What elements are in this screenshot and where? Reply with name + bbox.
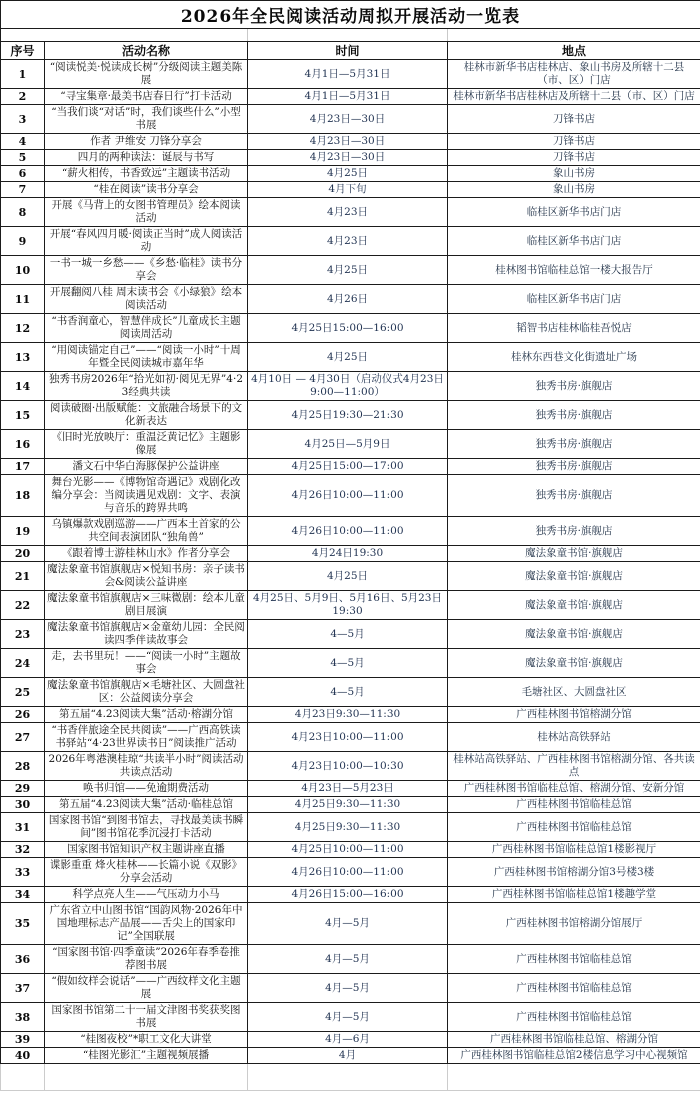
table-row: 33谍影重重 烽火桂林——长篇小说《双影》分享会活动4月26日10:00—11:… [1,858,700,887]
row-number-cell: 26 [1,707,45,723]
table-row: 32国家图书馆知识产权主题讲座直播4月25日10:00—11:00广西桂林图书馆… [1,842,700,858]
table-row: 34科学点亮人生——气压动力小马4月26日15:00—16:00广西桂林图书馆临… [1,887,700,903]
activity-name-cell: 乌镇爆款戏剧巡游——广西本土首家的公共空间表演团队“独角兽” [45,517,248,546]
location-cell: 独秀书房·旗舰店 [448,459,700,475]
location-cell: 广西桂林图书馆榕湖分馆 [448,707,700,723]
activity-name-cell: 独秀书房2026年“拾光如初·阅见无界”4·23经典共读 [45,372,248,401]
time-cell: 4月25日10:00—11:00 [248,842,448,858]
row-number-cell: 13 [1,343,45,372]
activity-name-cell: “桂图光影汇”主题视频展播 [45,1048,248,1064]
table-row: 13“用阅读锚定自己”——“阅读一小时”十周年暨全民阅读城市嘉年华4月25日桂林… [1,343,700,372]
table-row: 19乌镇爆款戏剧巡游——广西本土首家的公共空间表演团队“独角兽”4月26日10:… [1,517,700,546]
row-number-cell: 9 [1,227,45,256]
location-cell: 桂林市新华书店桂林店及所辖十二县（市、区）门店 [448,89,700,105]
table-row: 24走，去书里玩！——“阅读一小时”主题故事会4—5月魔法象童书馆·旗舰店 [1,649,700,678]
row-number-cell: 36 [1,945,45,974]
row-number-cell: 30 [1,797,45,813]
table-row: 22魔法象童书馆旗舰店×三味微剧：绘本儿童剧目展演4月25日、5月9日、5月16… [1,591,700,620]
time-cell: 4月23日—30日 [248,150,448,166]
time-cell: 4月1日—5月31日 [248,60,448,89]
row-number-cell: 24 [1,649,45,678]
activity-name-cell: 走，去书里玩！——“阅读一小时”主题故事会 [45,649,248,678]
location-cell: 独秀书房·旗舰店 [448,475,700,517]
activity-name-cell: 2026年粤港澳桂琼“共读半小时”阅读活动共读点活动 [45,752,248,781]
location-cell: 魔法象童书馆·旗舰店 [448,620,700,649]
time-cell: 4月26日 [248,285,448,314]
activity-name-cell: “书香润童心，智慧伴成长”儿童成长主题阅读周活动 [45,314,248,343]
row-number-cell: 4 [1,134,45,150]
time-cell: 4月—5月 [248,974,448,1003]
table-row: 38国家图书馆第二十一届文津图书奖获奖图书展4月—5月广西桂林图书馆临桂总馆 [1,1003,700,1032]
row-number-cell: 12 [1,314,45,343]
header-time: 时间 [248,42,448,60]
activity-name-cell: 国家图书馆第二十一届文津图书奖获奖图书展 [45,1003,248,1032]
location-cell: 魔法象童书馆·旗舰店 [448,562,700,591]
empty-cell [45,1064,248,1091]
table-row: 23魔法象童书馆旗舰店×金童幼儿园：全民阅读四季伴读故事会4—5月魔法象童书馆·… [1,620,700,649]
table-row: 27“书香伴旅途全民共阅读”——广西高铁读书驿站“4·23世界读书日”阅读推广活… [1,723,700,752]
row-number-cell: 5 [1,150,45,166]
table-row: 35广东省立中山图书馆“国韵风物·2026年中国地理标志产品展——舌尖上的国家印… [1,903,700,945]
activity-name-cell: 《旧时光放映厅：重温泛黄记忆》主题影像展 [45,430,248,459]
activity-name-cell: “国家图书馆·四季童读”2026年春季卷推荐图书展 [45,945,248,974]
time-cell: 4月23日—30日 [248,105,448,134]
time-cell: 4月23日—30日 [248,134,448,150]
time-cell: 4月25日15:00—17:00 [248,459,448,475]
location-cell: 桂林站高铁驿站 [448,723,700,752]
row-number-cell: 21 [1,562,45,591]
activity-name-cell: 作者 尹维安 刀锋分享会 [45,134,248,150]
table-row: 29唤书归馆——免逾期费活动4月23日—5月23日广西桂林图书馆临桂总馆、榕湖分… [1,781,700,797]
location-cell: 广西桂林图书馆临桂总馆、榕湖分馆 [448,1032,700,1048]
row-number-cell: 39 [1,1032,45,1048]
row-number-cell: 3 [1,105,45,134]
header-no: 序号 [1,42,45,60]
activity-name-cell: 开展翻阅八桂 周末读书会《小绿狼》绘本阅读活动 [45,285,248,314]
activity-name-cell: 开展“春风四月暖·阅读正当时”成人阅读活动 [45,227,248,256]
title-row: 2026年全民阅读活动周拟开展活动一览表 [1,1,700,29]
time-cell: 4—5月 [248,649,448,678]
location-cell: 韬智书店桂林临桂吾悦店 [448,314,700,343]
spacer-row [1,29,700,42]
spacer-cell [448,29,700,42]
time-cell: 4—5月 [248,678,448,707]
row-number-cell: 37 [1,974,45,1003]
activity-name-cell: 魔法象童书馆旗舰店×毛塘社区、大圆盘社区：公益阅读分享会 [45,678,248,707]
location-cell: 魔法象童书馆·旗舰店 [448,546,700,562]
row-number-cell: 8 [1,198,45,227]
row-number-cell: 14 [1,372,45,401]
activity-name-cell: 四月的两种读法：诞辰与书写 [45,150,248,166]
time-cell: 4月25日15:00—16:00 [248,314,448,343]
time-cell: 4月23日—5月23日 [248,781,448,797]
table-row: 25魔法象童书馆旗舰店×毛塘社区、大圆盘社区：公益阅读分享会4—5月毛塘社区、大… [1,678,700,707]
location-cell: 广西桂林图书馆临桂总馆1楼趣学堂 [448,887,700,903]
location-cell: 毛塘社区、大圆盘社区 [448,678,700,707]
table-row: 3“当我们谈“对话”时，我们谈些什么”小型书展4月23日—30日刀锋书店 [1,105,700,134]
time-cell: 4月23日9:30—11:30 [248,707,448,723]
activity-name-cell: 广东省立中山图书馆“国韵风物·2026年中国地理标志产品展——舌尖上的国家印记”… [45,903,248,945]
activity-name-cell: 魔法象童书馆旗舰店×金童幼儿园：全民阅读四季伴读故事会 [45,620,248,649]
table-row: 16《旧时光放映厅：重温泛黄记忆》主题影像展4月25日—5月9日独秀书房·旗舰店 [1,430,700,459]
location-cell: 魔法象童书馆·旗舰店 [448,591,700,620]
activity-name-cell: “书香伴旅途全民共阅读”——广西高铁读书驿站“4·23世界读书日”阅读推广活动 [45,723,248,752]
row-number-cell: 29 [1,781,45,797]
time-cell: 4月26日10:00—11:00 [248,858,448,887]
spacer-cell [248,29,448,42]
time-cell: 4月25日9:30—11:30 [248,797,448,813]
location-cell: 桂林站高铁驿站、广西桂林图书馆榕湖分馆、各共读点 [448,752,700,781]
row-number-cell: 15 [1,401,45,430]
time-cell: 4月25日—5月9日 [248,430,448,459]
location-cell: 桂林市新华书店桂林店、象山书房及所辖十二县（市、区）门店 [448,60,700,89]
time-cell: 4月25日 [248,343,448,372]
row-number-cell: 20 [1,546,45,562]
table-row: 39“桂图夜校”*职工文化大讲堂4月—6月广西桂林图书馆临桂总馆、榕湖分馆 [1,1032,700,1048]
time-cell: 4月24日19:30 [248,546,448,562]
row-number-cell: 22 [1,591,45,620]
location-cell: 广西桂林图书馆榕湖分馆展厅 [448,903,700,945]
table-row: 26第五届“4.23阅读大集”活动·榕湖分馆4月23日9:30—11:30广西桂… [1,707,700,723]
empty-cell [448,1064,700,1091]
table-row: 30第五届“4.23阅读大集”活动·临桂总馆4月25日9:30—11:30广西桂… [1,797,700,813]
location-cell: 刀锋书店 [448,134,700,150]
location-cell: 广西桂林图书馆临桂总馆 [448,945,700,974]
activity-name-cell: 第五届“4.23阅读大集”活动·临桂总馆 [45,797,248,813]
empty-cell [1,1064,45,1091]
page-title: 2026年全民阅读活动周拟开展活动一览表 [1,1,700,29]
activity-name-cell: 第五届“4.23阅读大集”活动·榕湖分馆 [45,707,248,723]
row-number-cell: 19 [1,517,45,546]
activity-name-cell: 科学点亮人生——气压动力小马 [45,887,248,903]
activity-name-cell: “薪火相传，书香致远”主题读书活动 [45,166,248,182]
row-number-cell: 18 [1,475,45,517]
table-row: 36“国家图书馆·四季童读”2026年春季卷推荐图书展4月—5月广西桂林图书馆临… [1,945,700,974]
table-row: 5四月的两种读法：诞辰与书写4月23日—30日刀锋书店 [1,150,700,166]
row-number-cell: 38 [1,1003,45,1032]
row-number-cell: 28 [1,752,45,781]
table-row: 6“薪火相传，书香致远”主题读书活动4月25日象山书房 [1,166,700,182]
table-row: 9开展“春风四月暖·阅读正当时”成人阅读活动4月23日临桂区新华书店门店 [1,227,700,256]
row-number-cell: 11 [1,285,45,314]
table-row: 21魔法象童书馆旗舰店×悦知书房：亲子读书会&阅读公益讲座4月25日魔法象童书馆… [1,562,700,591]
row-number-cell: 2 [1,89,45,105]
time-cell: 4月23日 [248,198,448,227]
activity-name-cell: 开展《马背上的女图书管理员》绘本阅读活动 [45,198,248,227]
time-cell: 4月23日 [248,227,448,256]
location-cell: 广西桂林图书馆临桂总馆 [448,974,700,1003]
time-cell: 4—5月 [248,620,448,649]
activity-name-cell: “用阅读锚定自己”——“阅读一小时”十周年暨全民阅读城市嘉年华 [45,343,248,372]
activity-name-cell: “桂图夜校”*职工文化大讲堂 [45,1032,248,1048]
table-row: 14独秀书房2026年“拾光如初·阅见无界”4·23经典共读4月10日 — 4月… [1,372,700,401]
activity-name-cell: 国家图书馆知识产权主题讲座直播 [45,842,248,858]
location-cell: 象山书房 [448,166,700,182]
table-row: 8开展《马背上的女图书管理员》绘本阅读活动4月23日临桂区新华书店门店 [1,198,700,227]
table-row: 31国家图书馆“到图书馆去，寻找最美读书瞬间”图书馆花季沉浸打卡活动4月25日9… [1,813,700,842]
location-cell: 独秀书房·旗舰店 [448,401,700,430]
activities-table-body: 1“阅读悦美·悦读成长树”分级阅读主题美陈展4月1日—5月31日桂林市新华书店桂… [1,60,700,1064]
time-cell: 4月25日 [248,166,448,182]
location-cell: 广西桂林图书馆临桂总馆 [448,813,700,842]
table-row: 4作者 尹维安 刀锋分享会4月23日—30日刀锋书店 [1,134,700,150]
time-cell: 4月23日10:00—11:00 [248,723,448,752]
location-cell: 广西桂林图书馆临桂总馆 [448,1003,700,1032]
time-cell: 4月25日 [248,256,448,285]
empty-cell [248,1064,448,1091]
row-number-cell: 25 [1,678,45,707]
time-cell: 4月10日 — 4月30日（启动仪式4月23日9:00—11:00） [248,372,448,401]
header-name: 活动名称 [45,42,248,60]
location-cell: 刀锋书店 [448,150,700,166]
location-cell: 桂林图书馆临桂总馆一楼大报告厅 [448,256,700,285]
activity-name-cell: 阅读破圈·出版赋能：文旅融合场景下的文化新表达 [45,401,248,430]
activity-name-cell: 魔法象童书馆旗舰店×三味微剧：绘本儿童剧目展演 [45,591,248,620]
location-cell: 广西桂林图书馆临桂总馆1楼影视厅 [448,842,700,858]
location-cell: 临桂区新华书店门店 [448,227,700,256]
time-cell: 4月—5月 [248,1003,448,1032]
table-row: 20《跟着博士游桂林山水》作者分享会4月24日19:30魔法象童书馆·旗舰店 [1,546,700,562]
location-cell: 魔法象童书馆·旗舰店 [448,649,700,678]
activity-name-cell: 国家图书馆“到图书馆去，寻找最美读书瞬间”图书馆花季沉浸打卡活动 [45,813,248,842]
activity-name-cell: 《跟着博士游桂林山水》作者分享会 [45,546,248,562]
time-cell: 4月25日 [248,562,448,591]
activity-name-cell: “桂在阅读”读书分享会 [45,182,248,198]
activity-name-cell: 舞台光影——《博物馆奇遇记》戏剧化改编分享会：当阅读遇见戏剧：文字、表演与音乐的… [45,475,248,517]
table-row: 282026年粤港澳桂琼“共读半小时”阅读活动共读点活动4月23日10:00—1… [1,752,700,781]
activity-name-cell: “寻宝集章·最美书店春日行”打卡活动 [45,89,248,105]
location-cell: 临桂区新华书店门店 [448,198,700,227]
table-row: 40“桂图光影汇”主题视频展播4月广西桂林图书馆临桂总馆2楼信息学习中心视频馆 [1,1048,700,1064]
location-cell: 广西桂林图书馆临桂总馆2楼信息学习中心视频馆 [448,1048,700,1064]
header-location: 地点 [448,42,700,60]
table-row: 7“桂在阅读”读书分享会4月下旬象山书房 [1,182,700,198]
time-cell: 4月26日15:00—16:00 [248,887,448,903]
time-cell: 4月下旬 [248,182,448,198]
time-cell: 4月25日、5月9日、5月16日、5月23日19:30 [248,591,448,620]
row-number-cell: 17 [1,459,45,475]
table-row: 15阅读破圈·出版赋能：文旅融合场景下的文化新表达4月25日19:30—21:3… [1,401,700,430]
row-number-cell: 23 [1,620,45,649]
row-number-cell: 6 [1,166,45,182]
location-cell: 刀锋书店 [448,105,700,134]
time-cell: 4月1日—5月31日 [248,89,448,105]
location-cell: 广西桂林图书馆临桂总馆、榕湖分馆、安新分馆 [448,781,700,797]
row-number-cell: 27 [1,723,45,752]
activity-name-cell: “假如纹样会说话”——广西纹样文化主题展 [45,974,248,1003]
time-cell: 4月—6月 [248,1032,448,1048]
row-number-cell: 33 [1,858,45,887]
location-cell: 广西桂林图书馆榕湖分馆3号楼3楼 [448,858,700,887]
table-row: 37“假如纹样会说话”——广西纹样文化主题展4月—5月广西桂林图书馆临桂总馆 [1,974,700,1003]
time-cell: 4月—5月 [248,903,448,945]
row-number-cell: 31 [1,813,45,842]
time-cell: 4月—5月 [248,945,448,974]
time-cell: 4月 [248,1048,448,1064]
location-cell: 象山书房 [448,182,700,198]
row-number-cell: 1 [1,60,45,89]
location-cell: 桂林东西巷文化街遗址广场 [448,343,700,372]
row-number-cell: 34 [1,887,45,903]
table-row: 2“寻宝集章·最美书店春日行”打卡活动4月1日—5月31日桂林市新华书店桂林店及… [1,89,700,105]
table-row: 17潘文石中华白海豚保护公益讲座4月25日15:00—17:00独秀书房·旗舰店 [1,459,700,475]
time-cell: 4月26日10:00—11:00 [248,475,448,517]
activity-name-cell: 一书一城一乡愁——《乡愁·临桂》读书分享会 [45,256,248,285]
time-cell: 4月23日10:00—10:30 [248,752,448,781]
row-number-cell: 16 [1,430,45,459]
time-cell: 4月25日19:30—21:30 [248,401,448,430]
row-number-cell: 35 [1,903,45,945]
location-cell: 独秀书房·旗舰店 [448,430,700,459]
activity-name-cell: 潘文石中华白海豚保护公益讲座 [45,459,248,475]
table-row: 18舞台光影——《博物馆奇遇记》戏剧化改编分享会：当阅读遇见戏剧：文字、表演与音… [1,475,700,517]
activity-name-cell: 魔法象童书馆旗舰店×悦知书房：亲子读书会&阅读公益讲座 [45,562,248,591]
row-number-cell: 32 [1,842,45,858]
time-cell: 4月25日9:30—11:30 [248,813,448,842]
table-row: 11开展翻阅八桂 周末读书会《小绿狼》绘本阅读活动4月26日临桂区新华书店门店 [1,285,700,314]
activity-name-cell: “阅读悦美·悦读成长树”分级阅读主题美陈展 [45,60,248,89]
table-row: 12“书香润童心，智慧伴成长”儿童成长主题阅读周活动4月25日15:00—16:… [1,314,700,343]
header-row: 序号 活动名称 时间 地点 [1,42,700,60]
row-number-cell: 10 [1,256,45,285]
row-number-cell: 7 [1,182,45,198]
location-cell: 广西桂林图书馆临桂总馆 [448,797,700,813]
table-row: 10一书一城一乡愁——《乡愁·临桂》读书分享会4月25日桂林图书馆临桂总馆一楼大… [1,256,700,285]
row-number-cell: 40 [1,1048,45,1064]
activity-name-cell: 唤书归馆——免逾期费活动 [45,781,248,797]
spacer-cell [1,29,248,42]
empty-tail-row [1,1064,700,1091]
activity-name-cell: 谍影重重 烽火桂林——长篇小说《双影》分享会活动 [45,858,248,887]
table-row: 1“阅读悦美·悦读成长树”分级阅读主题美陈展4月1日—5月31日桂林市新华书店桂… [1,60,700,89]
activity-name-cell: “当我们谈“对话”时，我们谈些什么”小型书展 [45,105,248,134]
location-cell: 临桂区新华书店门店 [448,285,700,314]
activities-table: 2026年全民阅读活动周拟开展活动一览表 序号 活动名称 时间 地点 1“阅读悦… [0,0,700,1091]
location-cell: 独秀书房·旗舰店 [448,372,700,401]
time-cell: 4月26日10:00—11:00 [248,517,448,546]
location-cell: 独秀书房·旗舰店 [448,517,700,546]
